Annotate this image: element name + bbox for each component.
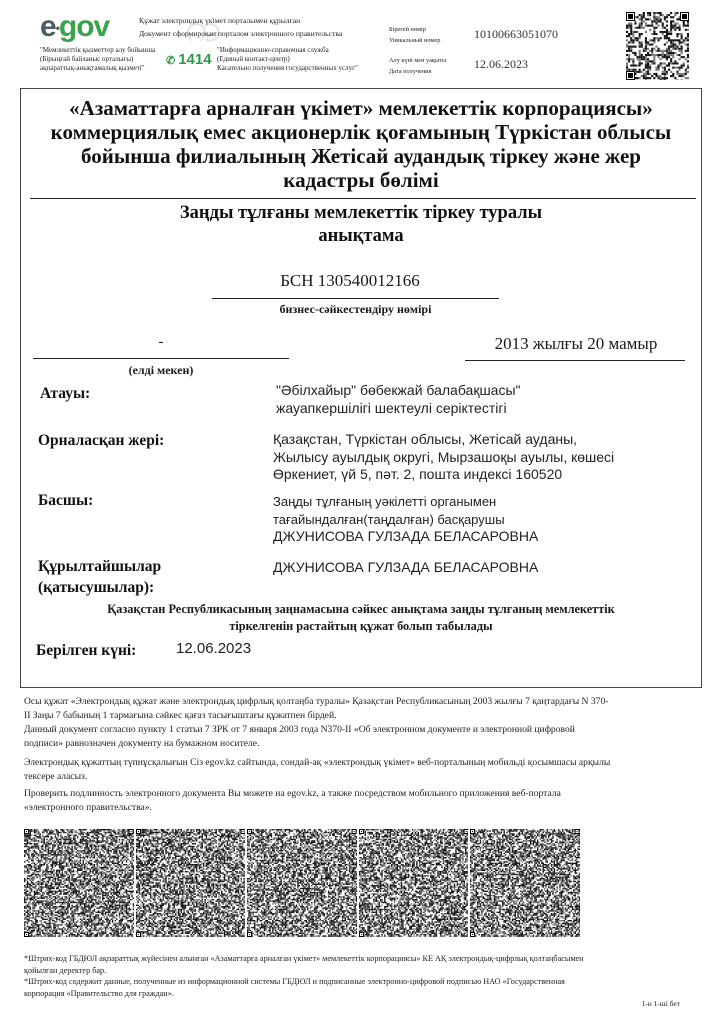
contact-phone: ✆1414 xyxy=(166,51,212,68)
divider xyxy=(30,198,696,199)
confirmation-line: Қазақстан Республикасының заңнамасына сә… xyxy=(20,601,702,618)
unique-number: 10100663051070 xyxy=(474,27,558,42)
barcode-image xyxy=(136,829,246,937)
verify-ru-line: Проверить подлинность электронного докум… xyxy=(24,787,704,801)
service-kz: "Мемлекеттік қызметтер алу бойынша (Біры… xyxy=(40,46,155,73)
unique-number-label-kz: Бірегей нөмір xyxy=(389,24,440,35)
founders-value: ДЖУНИСОВА ГУЛЗАДА БЕЛАСАРОВНА xyxy=(273,559,538,577)
location-value: Қазақстан, Түркістан облысы, Жетісай ауд… xyxy=(273,431,614,484)
head-label: Басшы: xyxy=(38,490,93,511)
service-kz-line: "Мемлекеттік қызметтер алу бойынша xyxy=(40,46,155,55)
barcode-note-ru-line: корпорация «Правительство для граждан». xyxy=(24,988,704,1000)
legal-kz-line: Осы құжат «Электрондық құжат және электр… xyxy=(24,695,704,709)
receive-date-label-ru: Дата получения xyxy=(389,66,446,77)
formed-kz: Құжат электрондық үкімет порталымен құры… xyxy=(139,14,342,27)
issuer-line: бойынша филиалының Жетісай аудандық тірк… xyxy=(20,144,702,168)
unique-number-label: Бірегей нөмір Уникальный номер xyxy=(389,24,440,46)
confirmation-text: Қазақстан Республикасының заңнамасына сә… xyxy=(20,601,702,635)
name-value-line: жауапкершілігі шектеулі серіктестігі xyxy=(276,400,521,418)
egov-logo: e•gov xyxy=(40,12,109,43)
head-value-line: ДЖУНИСОВА ГУЛЗАДА БЕЛАСАРОВНА xyxy=(273,528,538,546)
barcode-note: *Штрих-код ГБДЮЛ ақпараттық жүйесінен ал… xyxy=(24,953,704,999)
page-number: 1-н 1-ші бет xyxy=(600,999,680,1008)
document-title: Заңды тұлғаны мемлекеттік тіркеу туралы … xyxy=(20,202,702,248)
confirmation-line: тіркелгенін растайтың құжат болып табыла… xyxy=(20,618,702,635)
legal-note: Осы құжат «Электрондық құжат және электр… xyxy=(24,695,704,751)
locality-underline xyxy=(33,358,289,359)
issuer-line: коммерциялық емес акционерлік қоғамының … xyxy=(20,120,702,144)
founders-label: Құрылтайшылар (қатысушылар): xyxy=(38,556,161,598)
service-kz-line: (Бірыңғай байланыс орталығы) xyxy=(40,55,155,64)
receive-date: 12.06.2023 xyxy=(474,57,528,72)
formed-by-text: Құжат электрондық үкімет порталымен құры… xyxy=(139,14,342,40)
location-value-line: Қазақстан, Түркістан облысы, Жетісай ауд… xyxy=(273,431,614,449)
bsn-value: БСН 130540012166 xyxy=(200,271,500,291)
unique-number-label-ru: Уникальный номер xyxy=(389,35,440,46)
head-value-line: Заңды тұлғаның уәкілетті органымен xyxy=(273,493,538,511)
name-value: "Әбілхайыр" бөбекжай балабақшасы" жауапк… xyxy=(276,382,521,417)
name-label: Атауы: xyxy=(40,383,90,404)
barcode-strip xyxy=(24,829,580,937)
receive-date-label-kz: Алу күні мен уақыты xyxy=(389,55,446,66)
service-ru-line: Касательно получения государственных усл… xyxy=(217,64,358,73)
issuer-name: «Азаматтарға арналған үкімет» мемлекетті… xyxy=(20,96,702,192)
barcode-image xyxy=(359,829,469,937)
verify-kz-line: тексере аласыз. xyxy=(24,770,704,784)
phone-number: 1414 xyxy=(178,51,211,68)
barcode-image xyxy=(24,829,134,937)
verify-ru-line: «электронного правительства». xyxy=(24,801,704,815)
barcode-image xyxy=(470,829,580,937)
barcode-note-ru-line: *Штрих-код содержит данные, полученные и… xyxy=(24,976,704,988)
location-value-line: Өркениет, үй 5, пәт. 2, пошта индексі 16… xyxy=(273,466,614,484)
name-value-line: "Әбілхайыр" бөбекжай балабақшасы" xyxy=(276,382,521,400)
registration-date: 2013 жылғы 20 мамыр xyxy=(466,334,686,354)
phone-icon: ✆ xyxy=(166,55,175,67)
barcode-note-kz-line: *Штрих-код ГБДЮЛ ақпараттық жүйесінен ал… xyxy=(24,953,704,965)
legal-ru-line: подписи» равнозначен документу на бумажн… xyxy=(24,737,704,751)
founders-label-line: (қатысушылар): xyxy=(38,577,161,598)
service-kz-line: ақпараттық-анықтамалық қызметі" xyxy=(40,64,155,73)
registration-date-underline xyxy=(465,360,685,361)
barcode-image xyxy=(247,829,357,937)
qr-code-icon xyxy=(626,12,689,80)
service-ru-line: "Информационно-справочная служба xyxy=(217,46,358,55)
formed-ru: Документ сформирован порталом электронно… xyxy=(139,27,342,40)
issued-date-value: 12.06.2023 xyxy=(176,640,251,658)
bsn-caption: бизнес-сәйкестендіру нөмірі xyxy=(212,302,499,317)
issuer-line: «Азаматтарға арналған үкімет» мемлекетті… xyxy=(20,96,702,120)
service-ru-line: (Единый контакт-центр) xyxy=(217,55,358,64)
legal-ru-line: Данный документ согласно пункту 1 статьи… xyxy=(24,723,704,737)
legal-kz-line: II Заңы 7 бабының 1 тармағына сәйкес қағ… xyxy=(24,709,704,723)
title-line: анықтама xyxy=(20,225,702,248)
locality-caption: (елді мекен) xyxy=(33,363,289,378)
barcode-note-kz-line: қойылған деректер бар. xyxy=(24,965,704,977)
issuer-line: кадастры бөлімі xyxy=(20,168,702,192)
location-label: Орналасқан жері: xyxy=(38,430,164,451)
verify-kz-line: Электрондық құжаттың түпнұсқалығын Сіз e… xyxy=(24,756,704,770)
head-value: Заңды тұлғаның уәкілетті органымен тағай… xyxy=(273,493,538,546)
title-line: Заңды тұлғаны мемлекеттік тіркеу туралы xyxy=(20,202,702,225)
issued-date-label: Берілген күні: xyxy=(36,640,136,661)
bsn-underline xyxy=(212,298,499,299)
service-ru: "Информационно-справочная служба (Единый… xyxy=(217,46,358,73)
verify-note: Электрондық құжаттың түпнұсқалығын Сіз e… xyxy=(24,756,704,815)
founders-label-line: Құрылтайшылар xyxy=(38,556,161,577)
locality-value: - xyxy=(33,334,289,351)
receive-date-label: Алу күні мен уақыты Дата получения xyxy=(389,55,446,77)
logo-gov: gov xyxy=(59,10,109,43)
location-value-line: Жылысу ауылдық округі, Мырзашоқы ауылы, … xyxy=(273,449,614,467)
logo-e: e xyxy=(40,10,56,43)
head-value-line: тағайындалған(таңдалған) басқарушы xyxy=(273,511,538,529)
